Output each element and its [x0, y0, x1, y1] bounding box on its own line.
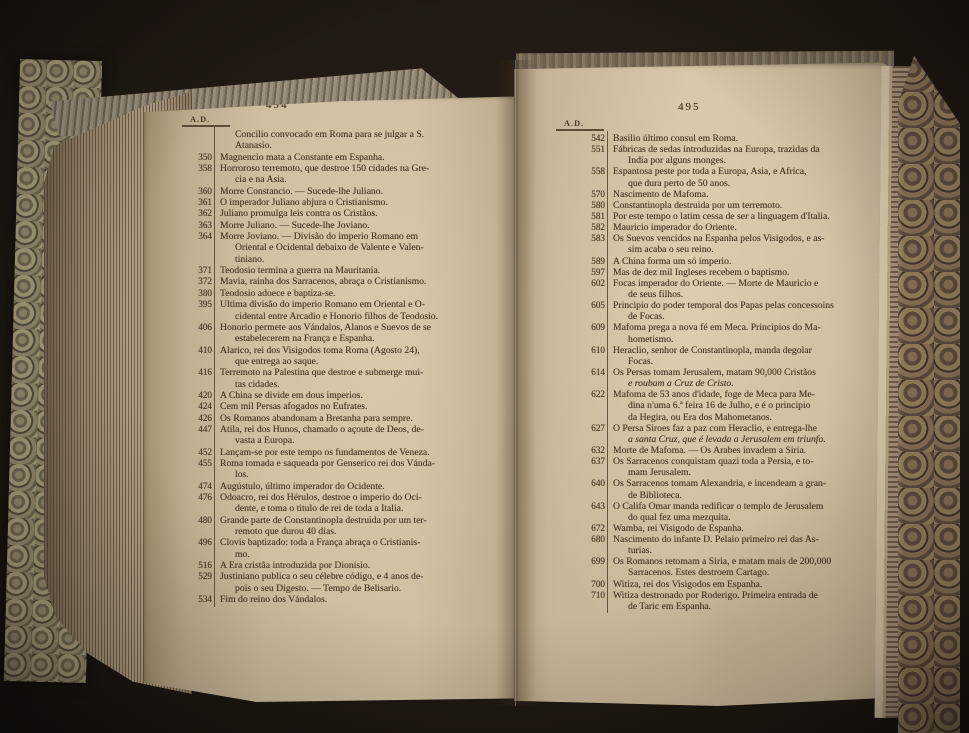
entry-line: 640Os Sarracenos tomam Alexandria, e inc…	[575, 478, 909, 489]
entry-line: 474Augústulo, último imperador do Ociden…	[182, 481, 506, 492]
entry-text: Espantosa peste por toda a Europa, Asia,…	[613, 166, 806, 177]
entry-line: 542Basilio último consul em Roma.	[575, 133, 909, 144]
entry-line: pois o seu Digesto. — Tempo de Belisario…	[182, 583, 506, 594]
entry-line: da Hegira, ou Era dos Mahometanos.	[575, 412, 909, 423]
entry-year: 597	[575, 267, 605, 278]
entry-text: Clovis baptizado: toda a França abraça o…	[220, 537, 420, 548]
chronology-entries-left: Concilio convocado em Roma para se julga…	[182, 129, 506, 608]
entry-line: 632Morte de Mafoma. — Os Arabes invadem …	[575, 445, 909, 456]
entry-line: 614Os Persas tomam Jerusalem, matam 90,0…	[575, 367, 909, 378]
entry-line: tiniano.	[182, 254, 506, 265]
entry-text: Terremoto na Palestina que destroe e sub…	[220, 367, 423, 378]
entry-line: sim acaba o seu reino.	[575, 244, 909, 255]
entry-text: de Focas.	[613, 311, 665, 322]
entry-line: 672Wamba, rei Visigodo de Espanha.	[575, 523, 909, 534]
entry-line: hometismo.	[575, 334, 909, 345]
entry-text: tas cidades.	[220, 379, 280, 390]
entry-text: a santa Cruz, que é levada a Jerusalem e…	[613, 434, 826, 445]
entry-line: do qual fez uma mezquita.	[575, 512, 909, 523]
entry-year: 632	[575, 445, 605, 456]
entry-text: Magnencio mata a Constante em Espanha.	[220, 152, 385, 163]
left-page: 494 A.D. Concilio convocado em Roma para…	[144, 94, 518, 702]
entry-text: Honorio permete aos Vándalos, Alanos e S…	[220, 322, 431, 333]
era-label-left: A.D.	[182, 115, 230, 127]
entry-text: Grande parte de Constantinopla destruida…	[220, 515, 427, 526]
entry-text: do qual fez uma mezquita.	[613, 512, 731, 523]
entry-year: 420	[182, 390, 212, 401]
entry-text: e roubam a Cruz de Cristo.	[613, 378, 734, 389]
entry-year: 406	[182, 322, 212, 333]
entry-year: 622	[575, 389, 605, 400]
entry-line: 360Morre Constancio. — Sucede-lhe Julian…	[182, 186, 506, 197]
entry-text: Justiniano publica o seu célebre código,…	[220, 571, 423, 582]
entry-year: 362	[182, 208, 212, 219]
right-page: 495 A.D. 542Basilio último consul em Rom…	[514, 62, 906, 706]
entry-text: India por alguns monges.	[613, 155, 726, 166]
entry-line: 680Nascimento do infante D. Pelaio prime…	[575, 534, 909, 545]
entry-line: 363Morre Juliano. — Sucede-lhe Joviano.	[182, 220, 506, 231]
entry-line: dente, e toma o titulo de rei de toda a …	[182, 503, 506, 514]
entry-line: los.	[182, 469, 506, 480]
entry-text: estabelecerem na França e Espanha.	[220, 333, 375, 344]
entry-text: Os Sarracenos conquistam quazi toda a Pe…	[613, 456, 813, 467]
entry-year: 589	[575, 256, 605, 267]
entry-line: 610Heraclio, senhor de Constantinopla, m…	[575, 345, 909, 356]
entry-line: de Focas.	[575, 311, 909, 322]
entry-text: Os Suevos vencidos na Espanha pelos Visi…	[613, 233, 825, 244]
year-column-rule	[607, 131, 608, 613]
entry-line: 496Clovis baptizado: toda a França abraç…	[182, 537, 506, 548]
entry-text: Mafoma prega a nova fé em Meca. Principi…	[613, 322, 821, 333]
entry-year: 474	[182, 481, 212, 492]
entry-text: Morre Juliano. — Sucede-lhe Joviano.	[220, 220, 370, 231]
entry-text: Mas de dez mil Ingleses recebem o baptis…	[613, 267, 789, 278]
entry-text: O imperador Juliano abjura o Cristianism…	[220, 197, 388, 208]
entry-text: mo.	[220, 549, 250, 560]
entry-year: 395	[182, 299, 212, 310]
entry-text: Nascimento do infante D. Pelaio primeiro…	[613, 534, 819, 545]
entry-line: Sarracenos. Estes destroem Cartago.	[575, 567, 909, 578]
entry-year: 358	[182, 163, 212, 174]
entry-text: remoto que durou 40 dias.	[220, 526, 336, 537]
entry-line: 420A China se divide em dous imperios.	[182, 390, 506, 401]
entry-text: Witiza destronado por Roderigo. Primeira…	[613, 590, 818, 601]
entry-line: estabelecerem na França e Espanha.	[182, 333, 506, 344]
entry-text: Focas.	[613, 356, 653, 367]
entry-line: 529Justiniano publica o seu célebre códi…	[182, 571, 506, 582]
entry-year: 426	[182, 413, 212, 424]
entry-year: 363	[182, 220, 212, 231]
entry-text: Mafoma de 53 anos d'idade, foge de Meca …	[613, 389, 815, 400]
entry-text: Lançam-se por este tempo os fundamentos …	[220, 447, 430, 458]
entry-text: pois o seu Digesto. — Tempo de Belisario…	[220, 583, 401, 594]
entry-text: cia e na Asia.	[220, 174, 287, 185]
entry-year: 516	[182, 560, 212, 571]
entry-year: 452	[182, 447, 212, 458]
entry-line: India por alguns monges.	[575, 155, 909, 166]
entry-text: Witiza, rei dos Visigodos em Espanha.	[613, 579, 762, 590]
entry-line: 558Espantosa peste por toda a Europa, As…	[575, 166, 909, 177]
entry-line: vasta a Europa.	[182, 435, 506, 446]
entry-text: Constantinopla destruida por um terremot…	[613, 200, 782, 211]
entry-text: Teodosio adoece e baptiza-se.	[220, 288, 336, 299]
entry-text: Roma tomada e saqueada por Genserico rei…	[220, 458, 435, 469]
entry-year: 640	[575, 478, 605, 489]
entry-line: 395Ultima divisão do imperio Romano em O…	[182, 299, 506, 310]
entry-text: Concilio convocado em Roma para se julga…	[220, 129, 424, 140]
entry-text: O Persa Siroes faz a paz com Heraclio, e…	[613, 423, 817, 434]
entry-year: 582	[575, 222, 605, 233]
entry-text: que dura perto de 50 anos.	[613, 178, 730, 189]
entry-line: 364Morre Joviano. — Divisão do imperio R…	[182, 231, 506, 242]
entry-line: 447Atila, rei dos Hunos, chamado o açout…	[182, 424, 506, 435]
entry-year: 364	[182, 231, 212, 242]
entry-line: 350Magnencio mata a Constante em Espanha…	[182, 152, 506, 163]
entry-text: Morte de Mafoma. — Os Arabes invadem a S…	[613, 445, 806, 456]
entry-year: 424	[182, 401, 212, 412]
entry-line: 534Fim do reino dos Vándalos.	[182, 594, 506, 605]
entry-text: Heraclio, senhor de Constantinopla, mand…	[613, 345, 812, 356]
entry-text: Augústulo, último imperador do Ocidente.	[220, 481, 385, 492]
entry-line: Focas.	[575, 356, 909, 367]
entry-year: 710	[575, 590, 605, 601]
entry-line: 643O Califa Omar manda redificar o templ…	[575, 501, 909, 512]
entry-text: Focas imperador do Oriente. — Morte de M…	[613, 278, 818, 289]
entry-line: que dura perto de 50 anos.	[575, 178, 909, 189]
entry-text: sim acaba o seu reino.	[613, 244, 714, 255]
entry-text: Mauricio imperador do Oriente.	[613, 222, 737, 233]
era-label-underline	[556, 129, 604, 131]
entry-line: 361O imperador Juliano abjura o Cristian…	[182, 197, 506, 208]
entry-line: turias.	[575, 545, 909, 556]
entry-year: 570	[575, 189, 605, 200]
entry-year: 529	[182, 571, 212, 582]
entry-line: e roubam a Cruz de Cristo.	[575, 378, 909, 389]
entry-line: dina n'uma 6.ª feira 16 de Julho, e é o …	[575, 400, 909, 411]
entry-year: 583	[575, 233, 605, 244]
era-label-text: A.D.	[182, 115, 230, 124]
entry-year: 602	[575, 278, 605, 289]
entry-line: 410Alarico, rei dos Visigodos toma Roma …	[182, 345, 506, 356]
entry-line: 589A China forma um só imperio.	[575, 256, 909, 267]
entry-line: 637Os Sarracenos conquistam quazi toda a…	[575, 456, 909, 467]
entry-line: 416Terremoto na Palestina que destroe e …	[182, 367, 506, 378]
entry-year: 610	[575, 345, 605, 356]
entry-text: da Hegira, ou Era dos Mahometanos.	[613, 412, 772, 423]
entry-line: 700Witiza, rei dos Visigodos em Espanha.	[575, 579, 909, 590]
entry-text: tiniano.	[220, 254, 264, 265]
entry-text: cidental entre Arcadio e Honorio filhos …	[220, 311, 438, 322]
entry-line: mam Jerusalem.	[575, 467, 909, 478]
entry-year: 551	[575, 144, 605, 155]
entry-year: 380	[182, 288, 212, 299]
entry-text: Atila, rei dos Hunos, chamado o açoute d…	[220, 424, 424, 435]
entry-line: 424Cem mil Persas afogados no Eufrates.	[182, 401, 506, 412]
entry-year: 627	[575, 423, 605, 434]
entry-line: 583Os Suevos vencidos na Espanha pelos V…	[575, 233, 909, 244]
entry-line: 622Mafoma de 53 anos d'idade, foge de Me…	[575, 389, 909, 400]
entry-text: Juliano promulga leis contra os Cristãos…	[220, 208, 378, 219]
entry-text: Principio do poder temporal dos Papas pe…	[613, 300, 834, 311]
entry-year: 480	[182, 515, 212, 526]
entry-line: a santa Cruz, que é levada a Jerusalem e…	[575, 434, 909, 445]
entry-text: Os Sarracenos tomam Alexandria, e incend…	[613, 478, 826, 489]
entry-year: 361	[182, 197, 212, 208]
entry-line: Atanasio.	[182, 140, 506, 151]
entry-line: 602Focas imperador do Oriente. — Morte d…	[575, 278, 909, 289]
entry-text: A China se divide em dous imperios.	[220, 390, 363, 401]
entry-year: 371	[182, 265, 212, 276]
entry-line: 455Roma tomada e saqueada por Genserico …	[182, 458, 506, 469]
era-label-underline	[182, 125, 230, 127]
entry-line: cidental entre Arcadio e Honorio filhos …	[182, 311, 506, 322]
entry-text: Os Romanos abandonam a Bretanha para sem…	[220, 413, 413, 424]
entry-year: 476	[182, 492, 212, 503]
entry-text: Mavia, rainha dos Sarracenos, abraça o C…	[220, 276, 426, 287]
entry-year: 672	[575, 523, 605, 534]
entry-text: A China forma um só imperio.	[613, 256, 731, 267]
entry-line: 380Teodosio adoece e baptiza-se.	[182, 288, 506, 299]
entry-text: Teodosio termina a guerra na Mauritania.	[220, 265, 380, 276]
entry-text: Basilio último consul em Roma.	[613, 133, 738, 144]
entry-year: 360	[182, 186, 212, 197]
entry-text: Nascimento de Mafoma.	[613, 189, 709, 200]
entry-line: Concilio convocado em Roma para se julga…	[182, 129, 506, 140]
entry-text: Oriental e Ocidental debaixo de Valente …	[220, 242, 424, 253]
entry-text: O Califa Omar manda redificar o templo d…	[613, 501, 823, 512]
entry-text: Alarico, rei dos Visigodos toma Roma (Ag…	[220, 345, 420, 356]
entry-line: 710Witiza destronado por Roderigo. Prime…	[575, 590, 909, 601]
entry-line: 476Odoacro, rei dos Hérulos, destroe o i…	[182, 492, 506, 503]
entry-year: 447	[182, 424, 212, 435]
era-label-text: A.D.	[556, 119, 604, 128]
entry-line: 426Os Romanos abandonam a Bretanha para …	[182, 413, 506, 424]
entry-line: 597Mas de dez mil Ingleses recebem o bap…	[575, 267, 909, 278]
entry-text: Os Romanos retomam a Siria, e matam mais…	[613, 556, 831, 567]
entry-line: 582Mauricio imperador do Oriente.	[575, 222, 909, 233]
entry-text: Morre Constancio. — Sucede-lhe Juliano.	[220, 186, 383, 197]
entry-text: de Taric em Espanha.	[613, 601, 711, 612]
entry-text: de seus filhos.	[613, 289, 683, 300]
entry-year: 614	[575, 367, 605, 378]
entry-text: Sarracenos. Estes destroem Cartago.	[613, 567, 769, 578]
entry-line: 358Horroroso terremoto, que destroe 150 …	[182, 163, 506, 174]
page-number-right: 495	[678, 101, 701, 113]
entry-year: 350	[182, 152, 212, 163]
marbled-cover-right	[898, 56, 960, 733]
year-column-rule	[214, 127, 215, 607]
entry-line: 580Constantinopla destruida por um terre…	[575, 200, 909, 211]
entry-line: remoto que durou 40 dias.	[182, 526, 506, 537]
entry-year: 580	[575, 200, 605, 211]
entry-text: Morre Joviano. — Divisão do imperio Roma…	[220, 231, 418, 242]
entry-text: hometismo.	[613, 334, 673, 345]
entry-line: de Taric em Espanha.	[575, 601, 909, 612]
entry-line: 406Honorio permete aos Vándalos, Alanos …	[182, 322, 506, 333]
entry-text: dente, e toma o titulo de rei de toda a …	[220, 503, 403, 514]
entry-text: Atanasio.	[220, 140, 272, 151]
entry-year: 609	[575, 322, 605, 333]
entry-year: 558	[575, 166, 605, 177]
entry-text: vasta a Europa.	[220, 435, 294, 446]
entry-year: 534	[182, 594, 212, 605]
entry-text: mam Jerusalem.	[613, 467, 691, 478]
entry-text: Horroroso terremoto, que destroe 150 cid…	[220, 163, 429, 174]
entry-line: 372Mavia, rainha dos Sarracenos, abraça …	[182, 276, 506, 287]
entry-line: 609Mafoma prega a nova fé em Meca. Princ…	[575, 322, 909, 333]
entry-year: 643	[575, 501, 605, 512]
entry-text: los.	[220, 469, 249, 480]
entry-text: A Era cristãa introduzida por Dionisio.	[220, 560, 370, 571]
entry-year: 700	[575, 579, 605, 590]
entry-line: 605Principio do poder temporal dos Papas…	[575, 300, 909, 311]
entry-year: 680	[575, 534, 605, 545]
entry-line: 581Por este tempo o latim cessa de ser a…	[575, 211, 909, 222]
entry-text: Os Persas tomam Jerusalem, matam 90,000 …	[613, 367, 816, 378]
entry-line: que entrega ao saque.	[182, 356, 506, 367]
era-label-right: A.D.	[556, 119, 604, 131]
entry-line: de seus filhos.	[575, 289, 909, 300]
entry-line: 551Fábricas de sedas introduzidas na Eur…	[575, 144, 909, 155]
entry-text: Fim do reino dos Vándalos.	[220, 594, 327, 605]
entry-year: 605	[575, 300, 605, 311]
entry-line: 516A Era cristãa introduzida por Dionisi…	[182, 560, 506, 571]
entry-text: Ultima divisão do imperio Romano em Orie…	[220, 299, 425, 310]
entry-line: 480Grande parte de Constantinopla destru…	[182, 515, 506, 526]
entry-year: 699	[575, 556, 605, 567]
entry-year: 410	[182, 345, 212, 356]
chronology-entries-right: 542Basilio último consul em Roma.551Fábr…	[575, 133, 909, 614]
entry-year: 416	[182, 367, 212, 378]
entry-year: 581	[575, 211, 605, 222]
entry-year: 637	[575, 456, 605, 467]
entry-year: 496	[182, 537, 212, 548]
entry-line: 452Lançam-se por este tempo os fundament…	[182, 447, 506, 458]
entry-text: dina n'uma 6.ª feira 16 de Julho, e é o …	[613, 400, 811, 411]
entry-year: 542	[575, 133, 605, 144]
entry-line: 371Teodosio termina a guerra na Mauritan…	[182, 265, 506, 276]
entry-year: 455	[182, 458, 212, 469]
entry-line: 627O Persa Siroes faz a paz com Heraclio…	[575, 423, 909, 434]
entry-text: Fábricas de sedas introduzidas na Europa…	[613, 144, 820, 155]
entry-text: de Biblioteca.	[613, 490, 682, 501]
entry-line: 570Nascimento de Mafoma.	[575, 189, 909, 200]
book-gutter-shadow	[496, 60, 536, 706]
entry-text: Wamba, rei Visigodo de Espanha.	[613, 523, 744, 534]
entry-text: turias.	[613, 545, 652, 556]
entry-text: Cem mil Persas afogados no Eufrates.	[220, 401, 367, 412]
entry-line: 362Juliano promulga leis contra os Crist…	[182, 208, 506, 219]
photo-of-open-book: 494 A.D. Concilio convocado em Roma para…	[0, 0, 969, 733]
entry-line: de Biblioteca.	[575, 490, 909, 501]
entry-text: que entrega ao saque.	[220, 356, 318, 367]
entry-text: Odoacro, rei dos Hérulos, destroe o impe…	[220, 492, 422, 503]
entry-text: Por este tempo o latim cessa de ser a li…	[613, 211, 830, 222]
entry-line: cia e na Asia.	[182, 174, 506, 185]
entry-line: 699Os Romanos retomam a Siria, e matam m…	[575, 556, 909, 567]
entry-line: tas cidades.	[182, 379, 506, 390]
entry-line: mo.	[182, 549, 506, 560]
entry-line: Oriental e Ocidental debaixo de Valente …	[182, 242, 506, 253]
entry-year: 372	[182, 276, 212, 287]
